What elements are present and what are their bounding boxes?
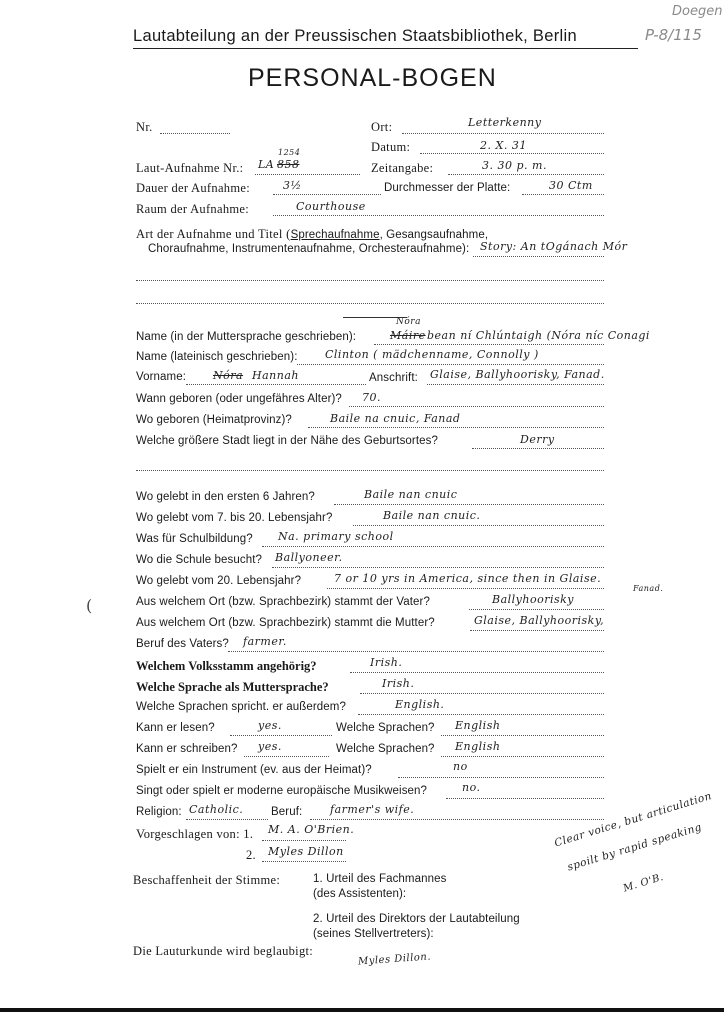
beruf-vater-field[interactable] bbox=[228, 651, 604, 652]
siebte-jahr-field[interactable] bbox=[353, 525, 604, 526]
vorname-value: Hannah bbox=[252, 369, 299, 382]
name-latin-field[interactable] bbox=[297, 364, 604, 365]
zeit-label: Zeitangabe: bbox=[371, 161, 433, 176]
stimme-label: Beschaffenheit der Stimme: bbox=[133, 873, 280, 888]
laut-nr-label: Laut-Aufnahme Nr.: bbox=[136, 161, 243, 176]
name-native-value: bean ní Chlúntaigh (Nóra níc Conagi bbox=[427, 329, 650, 342]
beruf-field[interactable] bbox=[310, 819, 604, 820]
ausserdem-field[interactable] bbox=[358, 714, 604, 715]
beglaubigt-signature: Myles Dillon. bbox=[358, 951, 432, 967]
religion-label: Religion: bbox=[136, 806, 182, 818]
datum-field[interactable] bbox=[420, 153, 604, 154]
volk-value: Irish. bbox=[370, 656, 402, 669]
urteil-2-line1: 2. Urteil des Direktors der Lautabteilun… bbox=[313, 913, 520, 925]
raum-value: Courthouse bbox=[296, 200, 366, 213]
page-title: PERSONAL-BOGEN bbox=[248, 64, 497, 93]
bottom-rule bbox=[0, 1008, 724, 1012]
volk-field[interactable] bbox=[350, 672, 604, 673]
schule-label: Wo die Schule besucht? bbox=[136, 554, 262, 566]
art-label-suffix: , Gesangsaufnahme, bbox=[380, 229, 489, 241]
vorgeschlagen-2-field[interactable] bbox=[262, 861, 346, 862]
schreiben-label: Kann er schreiben? bbox=[136, 743, 238, 755]
beglaubigt-label: Die Lauturkunde wird beglaubigt: bbox=[133, 944, 313, 959]
urteil-1-line2: (des Assistenten): bbox=[313, 888, 406, 900]
ort-value: Letterkenny bbox=[468, 116, 541, 129]
art-extra-line-1[interactable] bbox=[136, 280, 604, 281]
instrument-label: Spielt er ein Instrument (ev. aus der He… bbox=[136, 764, 372, 776]
institution-header: Lautabteilung an der Preussischen Staats… bbox=[133, 27, 577, 46]
stadt-label: Welche größere Stadt liegt in der Nähe d… bbox=[136, 435, 438, 447]
schreiben-value: yes. bbox=[258, 740, 282, 753]
vorgeschlagen-2-label: 2. bbox=[246, 848, 256, 863]
art-label-line2: Choraufnahme, Instrumentenaufnahme, Orch… bbox=[148, 243, 469, 255]
mutter-ort-label: Aus welchem Ort (bzw. Sprachbezirk) stam… bbox=[136, 617, 435, 629]
header-underline bbox=[133, 48, 638, 49]
sprache-value: Irish. bbox=[382, 677, 414, 690]
musik-field[interactable] bbox=[446, 798, 604, 799]
durchmesser-field[interactable] bbox=[522, 194, 604, 195]
archive-note-number: P-8/115 bbox=[645, 26, 702, 44]
beruf-value: farmer's wife. bbox=[330, 803, 414, 816]
siebte-jahr-value: Baile nan cnuic. bbox=[383, 509, 480, 522]
musik-label: Singt oder spielt er moderne europäische… bbox=[136, 785, 427, 797]
schule-field[interactable] bbox=[272, 567, 604, 568]
ort-label: Ort: bbox=[371, 120, 392, 135]
beruf-vater-label: Beruf des Vaters? bbox=[136, 638, 229, 650]
schulbildung-field[interactable] bbox=[262, 546, 604, 547]
volk-label: Welchem Volksstamm angehörig? bbox=[136, 659, 317, 674]
zwanzig-label: Wo gelebt vom 20. Lebensjahr? bbox=[136, 575, 301, 587]
urteil-2-line2: (seines Stellvertreters): bbox=[313, 928, 434, 940]
name-native-field[interactable] bbox=[374, 344, 604, 345]
vorname-field[interactable] bbox=[186, 384, 366, 385]
schulbildung-label: Was für Schulbildung? bbox=[136, 533, 253, 545]
musik-value: no. bbox=[462, 781, 481, 794]
instrument-value: no bbox=[453, 760, 468, 773]
art-extra-line-2[interactable] bbox=[136, 303, 604, 304]
laut-nr-value: LA bbox=[258, 158, 274, 171]
zeit-value: 3. 30 p. m. bbox=[482, 159, 547, 172]
nr-field[interactable] bbox=[160, 133, 230, 134]
erste-jahre-value: Baile nan cnuic bbox=[364, 488, 457, 501]
name-latin-label: Name (lateinisch geschrieben): bbox=[136, 351, 298, 363]
margin-mark: ( bbox=[86, 596, 92, 615]
dauer-field[interactable] bbox=[273, 194, 381, 195]
wo-geboren-label: Wo geboren (Heimatprovinz)? bbox=[136, 414, 292, 426]
ort-field[interactable] bbox=[402, 133, 604, 134]
anschrift-label: Anschrift: bbox=[369, 372, 418, 384]
anschrift-value: Glaise, Ballyhoorisky, Fanad. bbox=[430, 368, 605, 381]
erste-jahre-label: Wo gelebt in den ersten 6 Jahren? bbox=[136, 491, 315, 503]
vorname-struck: Nóra bbox=[213, 369, 243, 382]
vater-ort-label: Aus welchem Ort (bzw. Sprachbezirk) stam… bbox=[136, 596, 430, 608]
schreiben-sprachen-label: Welche Sprachen? bbox=[336, 743, 435, 755]
zwanzig-value: 7 or 10 yrs in America, since then in Gl… bbox=[334, 572, 601, 585]
zwanzig-extra: Fanad. bbox=[633, 584, 663, 593]
name-native-struck: Máire bbox=[390, 329, 426, 342]
beruf-vater-value: farmer. bbox=[243, 635, 287, 648]
schulbildung-value: Na. primary school bbox=[278, 530, 394, 543]
ausserdem-label: Welche Sprachen spricht. er außerdem? bbox=[136, 701, 346, 713]
datum-label: Datum: bbox=[371, 140, 410, 155]
geboren-field[interactable] bbox=[349, 406, 604, 407]
lesen-sprachen-label: Welche Sprachen? bbox=[336, 722, 435, 734]
laut-nr-field[interactable] bbox=[255, 174, 360, 175]
raum-label: Raum der Aufnahme: bbox=[136, 202, 249, 217]
zwanzig-field[interactable] bbox=[327, 588, 604, 589]
art-label-selected: Sprechaufnahme bbox=[291, 229, 380, 241]
sprache-label: Welche Sprache als Muttersprache? bbox=[136, 680, 329, 695]
vorgeschlagen-1-field[interactable] bbox=[262, 840, 346, 841]
geboren-value: 70. bbox=[362, 391, 381, 404]
nr-label: Nr. bbox=[136, 120, 153, 135]
wo-geboren-field[interactable] bbox=[308, 427, 604, 428]
name-latin-value: Clinton ( mädchenname, Connolly ) bbox=[325, 348, 539, 361]
urteil-1-note-initials: M. O'B. bbox=[622, 872, 665, 895]
art-label-prefix: Art der Aufnahme und Titel ( bbox=[136, 227, 291, 241]
schreiben-sprachen-field[interactable] bbox=[441, 756, 604, 757]
laut-nr-correction: 1254 bbox=[278, 148, 300, 157]
religion-value: Catholic. bbox=[189, 803, 243, 816]
schule-value: Ballyoneer. bbox=[275, 551, 343, 564]
schreiben-field[interactable] bbox=[244, 756, 329, 757]
beruf-label: Beruf: bbox=[271, 806, 302, 818]
dauer-value: 3½ bbox=[283, 179, 302, 192]
instrument-field[interactable] bbox=[398, 777, 604, 778]
dauer-label: Dauer der Aufnahme: bbox=[136, 181, 250, 196]
art-label-line1: Art der Aufnahme und Titel (Sprechaufnah… bbox=[136, 223, 488, 242]
lesen-sprachen-value: English bbox=[455, 719, 500, 732]
mutter-ort-value: Glaise, Ballyhoorisky, bbox=[474, 614, 604, 627]
art-value: Story: An tOgánach Mór bbox=[480, 240, 627, 253]
geboren-label: Wann geboren (oder ungefähres Alter)? bbox=[136, 393, 342, 405]
durchmesser-label: Durchmesser der Platte: bbox=[384, 182, 510, 194]
name-native-label: Name (in der Muttersprache geschrieben): bbox=[136, 331, 356, 343]
datum-value: 2. X. 31 bbox=[480, 139, 527, 152]
religion-field[interactable] bbox=[186, 819, 268, 820]
urteil-1-line1: 1. Urteil des Fachmannes bbox=[313, 873, 446, 885]
vorgeschlagen-2-value: Myles Dillon bbox=[268, 845, 344, 858]
lesen-label: Kann er lesen? bbox=[136, 722, 215, 734]
durchmesser-value: 30 Ctm bbox=[549, 179, 593, 192]
stadt-field[interactable] bbox=[472, 448, 604, 449]
lesen-value: yes. bbox=[258, 719, 282, 732]
laut-nr-struck: 858 bbox=[277, 158, 300, 171]
stadt-extra-line[interactable] bbox=[136, 470, 604, 471]
anschrift-field[interactable] bbox=[427, 384, 604, 385]
lesen-sprachen-field[interactable] bbox=[441, 735, 604, 736]
zeit-field[interactable] bbox=[448, 174, 604, 175]
vorgeschlagen-1-value: M. A. O'Brien. bbox=[268, 823, 354, 836]
raum-field[interactable] bbox=[273, 215, 604, 216]
sprache-field[interactable] bbox=[360, 693, 604, 694]
mutter-ort-field[interactable] bbox=[470, 630, 604, 631]
vorname-label: Vorname: bbox=[136, 371, 186, 383]
lesen-field[interactable] bbox=[230, 735, 332, 736]
ausserdem-value: English. bbox=[395, 698, 444, 711]
vater-ort-value: Ballyhoorisky bbox=[492, 593, 574, 606]
archive-note-name: Doegen bbox=[672, 4, 722, 19]
art-field[interactable] bbox=[473, 256, 604, 257]
vater-ort-field[interactable] bbox=[469, 609, 604, 610]
stadt-value: Derry bbox=[520, 433, 555, 446]
wo-geboren-value: Baile na cnuic, Fanad bbox=[330, 412, 460, 425]
schreiben-sprachen-value: English bbox=[455, 740, 500, 753]
erste-jahre-field[interactable] bbox=[334, 504, 604, 505]
siebte-jahr-label: Wo gelebt vom 7. bis 20. Lebensjahr? bbox=[136, 512, 332, 524]
name-native-correction: Nóra bbox=[396, 317, 421, 327]
vorgeschlagen-label: Vorgeschlagen von: 1. bbox=[136, 827, 253, 842]
